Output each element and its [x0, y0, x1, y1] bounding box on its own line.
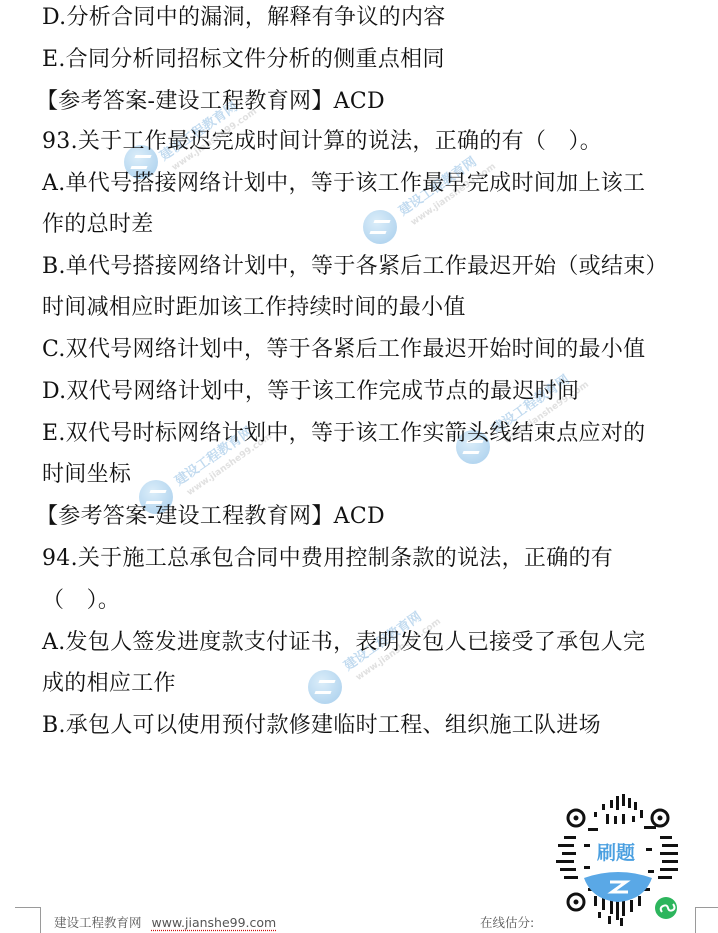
option-q93-a-line2: 作的总时差: [42, 211, 154, 239]
option-q93-b-line1: B.单代号搭接网络计划中，等于各紧后工作最迟开始（或结束）: [42, 253, 668, 281]
option-q92-d: D.分析合同中的漏洞，解释有争议的内容: [42, 4, 446, 32]
footer-url[interactable]: www.jianshe99.com: [152, 915, 277, 930]
footer-site: 建设工程教育网 www.jianshe99.com: [54, 913, 276, 931]
page-corner-mark-left: [15, 907, 41, 933]
option-q93-d: D.双代号网络计划中，等于该工作完成节点的最迟时间: [42, 378, 579, 406]
option-q93-b-line2: 时间减相应时距加该工作持续时间的最小值: [42, 294, 466, 322]
document-page: 建设工程教育网 www.jianshe99.com 建设工程教育网 www.ji…: [0, 0, 718, 933]
answer-q92: 【参考答案-建设工程教育网】ACD: [36, 88, 385, 116]
footer-url-text[interactable]: www.jianshe99.com: [152, 915, 277, 930]
option-q93-a-line1: A.单代号搭接网络计划中，等于该工作最早完成时间加上该工: [42, 170, 645, 198]
option-q94-a-line1: A.发包人签发进度款支付证书，表明发包人已接受了承包人完: [42, 629, 645, 657]
qr-label: 刷题: [597, 838, 635, 865]
option-q94-b: B.承包人可以使用预付款修建临时工程、组织施工队进场: [42, 712, 601, 740]
option-q92-e: E.合同分析同招标文件分析的侧重点相同: [42, 46, 445, 74]
question-94-stem-line1: 94.关于施工总承包合同中费用控制条款的说法，正确的有: [42, 545, 613, 573]
question-94-stem-line2: （ ）。: [42, 587, 120, 615]
option-q93-e-line1: E.双代号时标网络计划中，等于该工作实箭头线结束点应对的: [42, 420, 645, 448]
question-93-stem: 93.关于工作最迟完成时间计算的说法，正确的有（ ）。: [42, 128, 602, 156]
option-q93-c: C.双代号网络计划中，等于各紧后工作最迟开始时间的最小值: [42, 336, 645, 364]
answer-q93: 【参考答案-建设工程教育网】ACD: [36, 503, 385, 531]
watermark-logo-icon: [363, 210, 397, 244]
watermark-logo-icon: [308, 670, 342, 704]
option-q93-e-line2: 时间坐标: [42, 461, 131, 489]
footer-score-label: 在线估分:: [480, 913, 534, 931]
page-corner-mark-right: [695, 907, 718, 933]
footer-site-name: 建设工程教育网: [54, 915, 142, 930]
option-q94-a-line2: 成的相应工作: [42, 670, 176, 698]
